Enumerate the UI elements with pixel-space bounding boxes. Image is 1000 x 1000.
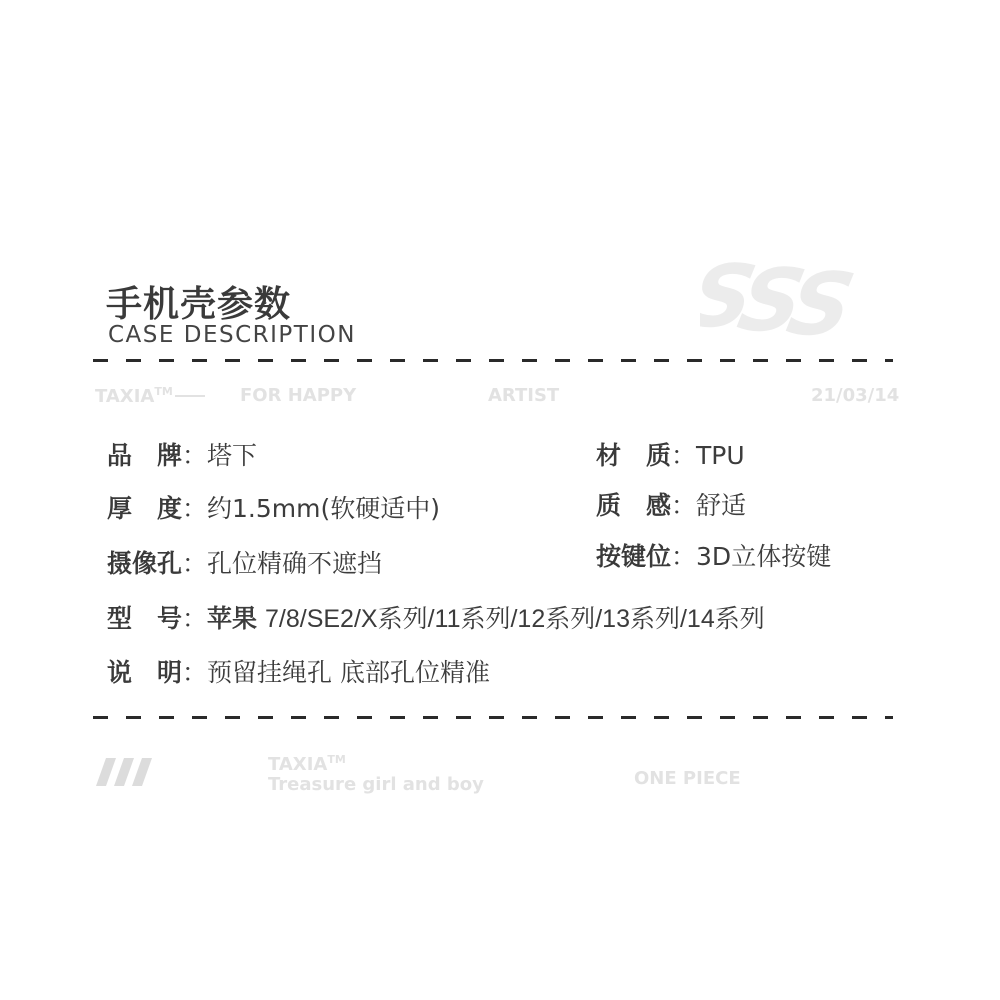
spec-sep: ： [182,549,207,578]
spec-sep: ： [182,494,207,523]
spec-camera-hole: 摄像孔：孔位精确不遮挡 [107,544,382,580]
spec-buttons: 按键位：3D立体按键 [596,537,831,573]
brand-watermark-bottom: TAXIATM Treasure girl and boy [268,750,484,795]
spec-label: 质 感 [596,486,671,522]
trademark: TM [154,385,172,398]
page-title: 手机壳参数 [106,276,291,327]
spec-sep: ： [182,604,207,633]
one-piece-text: ONE PIECE [634,768,741,789]
spec-label: 型 号 [107,599,182,635]
spec-texture: 质 感：舒适 [596,486,746,522]
spec-value: 约1.5mm(软硬适中) [207,494,440,523]
divider-bottom [93,716,893,719]
spec-sep: ： [671,542,696,571]
spec-value: 舒适 [696,491,746,520]
spec-brand: 品 牌：塔下 [107,436,257,472]
tagline-top: FOR HAPPY [240,385,356,406]
spec-value: 塔下 [207,441,257,470]
spec-label: 说 明 [107,653,182,689]
brand-text: TAXIA [268,754,327,775]
triple-slash-icon [96,758,156,786]
spec-sep: ： [671,441,696,470]
spec-sep: ： [182,441,207,470]
spec-note: 说 明：预留挂绳孔 底部孔位精准 [107,653,490,689]
tagline-bottom: Treasure girl and boy [268,775,484,795]
artist-text: ARTIST [488,385,559,406]
spec-label: 材 质 [596,436,671,472]
spec-sep: ： [671,491,696,520]
date-text: 21/03/14 [811,385,899,406]
sss-watermark-icon: S S S [700,248,860,338]
spec-label: 按键位 [596,537,671,573]
spec-value: 3D立体按键 [696,542,831,571]
spec-value: 预留挂绳孔 底部孔位精准 [207,658,490,687]
spec-thickness: 厚 度：约1.5mm(软硬适中) [107,489,440,525]
brand-watermark-top: TAXIATM [95,385,205,407]
spec-value: 孔位精确不遮挡 [207,549,382,578]
brand-text: TAXIA [95,386,154,407]
spec-value: TPU [696,441,745,470]
spec-label: 摄像孔 [107,544,182,580]
model-brand: 苹果 [207,604,257,633]
rule-divider [175,395,205,397]
divider-top [93,359,893,362]
spec-sep: ： [182,658,207,687]
spec-label: 品 牌 [107,436,182,472]
model-list: 7/8/SE2/X系列/11系列/12系列/13系列/14系列 [265,605,765,633]
spec-label: 厚 度 [107,489,182,525]
spec-material: 材 质：TPU [596,436,745,472]
spec-model: 型 号：苹果 7/8/SE2/X系列/11系列/12系列/13系列/14系列 [107,599,765,635]
page-subtitle: CASE DESCRIPTION [108,322,356,348]
trademark: TM [327,753,345,766]
